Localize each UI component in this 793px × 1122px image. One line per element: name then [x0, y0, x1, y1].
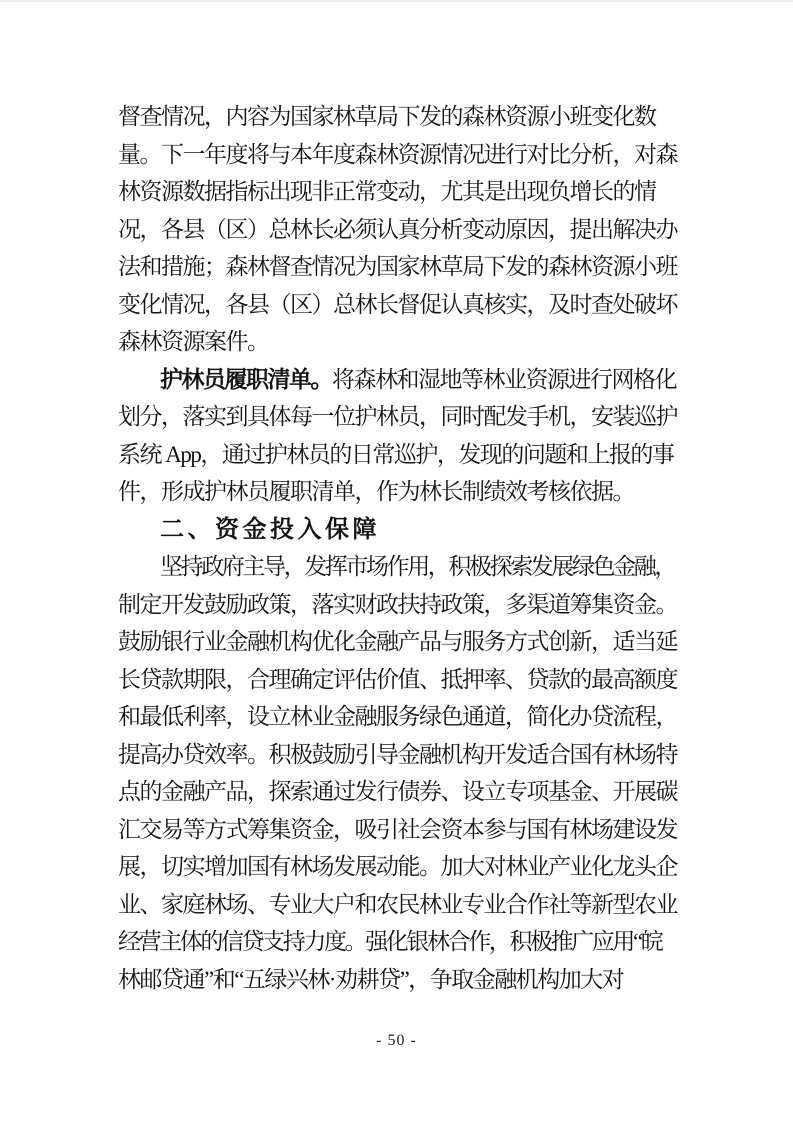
text-line: 量。下一年度将与本年度森林资源情况进行对比分析，对森 — [118, 136, 658, 174]
text-line: 督查情况，内容为国家林草局下发的森林资源小班变化数 — [118, 98, 658, 136]
text-line: 经营主体的信贷支持力度。强化银林合作，积极推广应用“皖 — [118, 923, 658, 961]
page-number: - 50 - — [0, 1030, 793, 1052]
text-line: 林邮贷通”和“五绿兴林·劝耕贷”，争取金融机构加大对 — [118, 961, 658, 999]
text-line: 森林资源案件。 — [118, 323, 658, 361]
text-line: 鼓励银行业金融机构优化金融产品与服务方式创新，适当延 — [118, 623, 658, 661]
text-line: 和最低利率，设立林业金融服务绿色通道，简化办贷流程， — [118, 698, 658, 736]
text-line: 制定开发鼓励政策，落实财政扶持政策，多渠道筹集资金。 — [118, 586, 658, 624]
section-heading: 二、资金投入保障 — [118, 511, 658, 549]
document-body: 督查情况，内容为国家林草局下发的森林资源小班变化数 量。下一年度将与本年度森林资… — [118, 98, 658, 998]
page-top-edge — [0, 0, 793, 2]
text-line: 划分，落实到具体每一位护林员，同时配发手机，安装巡护 — [118, 398, 658, 436]
text-line: 变化情况，各县（区）总林长督促认真核实，及时查处破坏 — [118, 286, 658, 324]
text-line: 提高办贷效率。积极鼓励引导金融机构开发适合国有林场特 — [118, 736, 658, 774]
text-line: 汇交易等方式筹集资金，吸引社会资本参与国有林场建设发 — [118, 811, 658, 849]
text-run: 将森林和湿地等林业资源进行网格化 — [332, 367, 676, 392]
text-line: 展，切实增加国有林场发展动能。加大对林业产业化龙头企 — [118, 848, 658, 886]
text-line: 况，各县（区）总林长必须认真分析变动原因，提出解决办 — [118, 211, 658, 249]
text-line: 长贷款期限，合理确定评估价值、抵押率、贷款的最高额度 — [118, 661, 658, 699]
text-line: 件，形成护林员履职清单，作为林长制绩效考核依据。 — [118, 473, 658, 511]
text-line: 系统 App，通过护林员的日常巡护，发现的问题和上报的事 — [118, 436, 658, 474]
text-line: 坚持政府主导，发挥市场作用，积极探索发展绿色金融， — [118, 548, 658, 586]
text-line-paragraph-lead: 护林员履职清单。将森林和湿地等林业资源进行网格化 — [118, 361, 658, 399]
bold-run: 护林员履职清单。 — [160, 367, 332, 392]
text-line: 业、家庭林场、专业大户和农民林业专业合作社等新型农业 — [118, 886, 658, 924]
text-line: 林资源数据指标出现非正常变动，尤其是出现负增长的情 — [118, 173, 658, 211]
text-line: 法和措施；森林督查情况为国家林草局下发的森林资源小班 — [118, 248, 658, 286]
document-page: 督查情况，内容为国家林草局下发的森林资源小班变化数 量。下一年度将与本年度森林资… — [0, 0, 793, 1122]
text-line: 点的金融产品，探索通过发行债券、设立专项基金、开展碳 — [118, 773, 658, 811]
